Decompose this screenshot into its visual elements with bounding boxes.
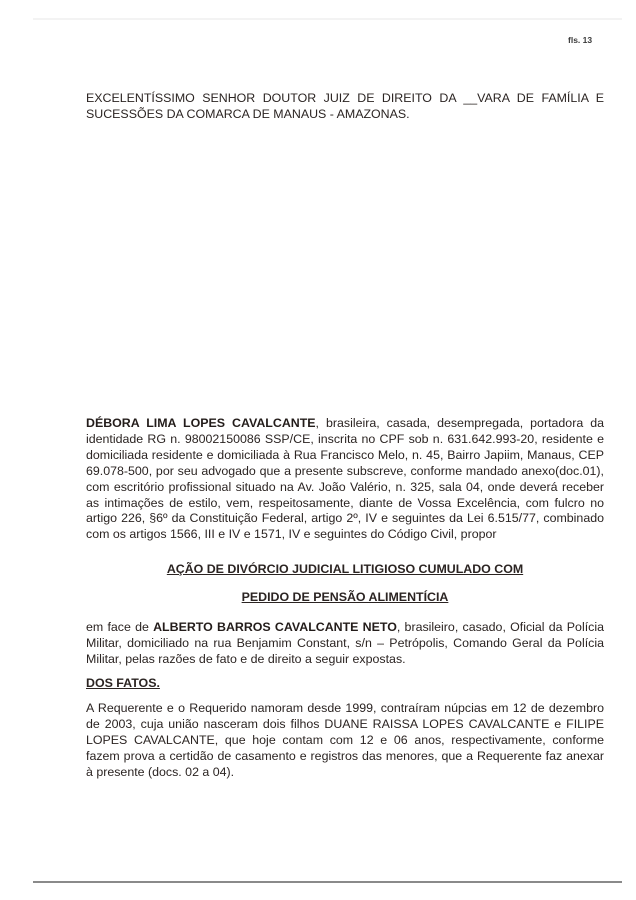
plaintiff-qualification: DÉBORA LIMA LOPES CAVALCANTE, brasileira… [86, 416, 604, 543]
facts-paragraph: A Requerente e o Requerido namoram desde… [86, 701, 604, 781]
page-bottom-rule [33, 881, 622, 883]
defendant-name: ALBERTO BARROS CAVALCANTE NETO [153, 620, 397, 634]
page-folio: fls. 13 [568, 35, 592, 45]
court-address: EXCELENTÍSSIMO SENHOR DOUTOR JUIZ DE DIR… [86, 91, 604, 123]
page-top-edge [33, 18, 622, 20]
plaintiff-qualification-text: , brasileira, casada, desempregada, port… [86, 416, 604, 541]
defendant-prefix: em face de [86, 620, 153, 634]
action-title-line-2: PEDIDO DE PENSÃO ALIMENTÍCIA [86, 590, 604, 604]
plaintiff-name: DÉBORA LIMA LOPES CAVALCANTE [86, 416, 316, 430]
action-title-line-1: AÇÃO DE DIVÓRCIO JUDICIAL LITIGIOSO CUMU… [86, 562, 604, 576]
section-heading-facts: DOS FATOS. [86, 676, 160, 690]
defendant-qualification: em face de ALBERTO BARROS CAVALCANTE NET… [86, 620, 604, 668]
